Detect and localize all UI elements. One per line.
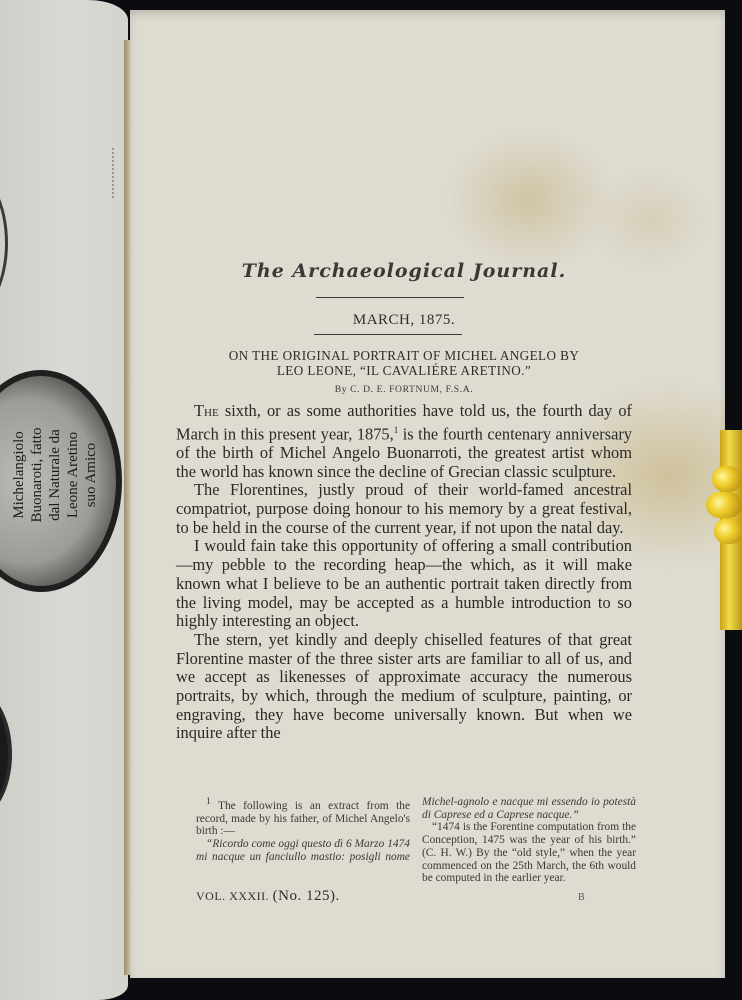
inscription-line: Leone Aretino [64, 385, 82, 565]
paragraph-lead: The [194, 401, 219, 420]
clasp-knob-icon [712, 466, 742, 492]
inscription-line: Michelangiolo [10, 385, 28, 565]
paragraph: The stern, yet kindly and deeply chisell… [176, 631, 632, 743]
paragraph: I would fain take this opportunity of of… [176, 537, 632, 631]
medallion-inscription: Michelangiolo Buonaroti, fatto dal Natur… [10, 385, 105, 565]
journal-title: The Archaeological Journal. [176, 260, 632, 282]
paragraph: The sixth, or as some authorities have t… [176, 402, 632, 481]
byline: By C. D. E. FORTNUM, F.S.A. [176, 384, 632, 395]
inscription-line: Buonaroti, fatto [28, 385, 46, 565]
article-body: The sixth, or as some authorities have t… [176, 402, 632, 743]
date-rule [314, 334, 462, 335]
footnote-intro-text: The following is an extract from the rec… [196, 800, 410, 837]
issue-date: MARCH, 1875. [176, 312, 632, 329]
article-title-line: ON THE ORIGINAL PORTRAIT OF MICHEL ANGEL… [176, 348, 632, 363]
footnotes: 1 The following is an extract from the r… [196, 796, 636, 885]
clasp-knob-icon [714, 518, 742, 544]
article-title: ON THE ORIGINAL PORTRAIT OF MICHEL ANGEL… [176, 348, 632, 378]
inscription-line: suo Amico [82, 385, 100, 565]
footnote-intro: 1 The following is an extract from the r… [196, 796, 410, 838]
volume-signature: VOL. XXXII. (No. 125). [196, 888, 340, 905]
sheet-signature-letter: B [578, 892, 585, 903]
inscription-line: dal Naturale da [46, 385, 64, 565]
article-title-line: LEO LEONE, “IL CAVALIÉRE ARETINO.” [176, 363, 632, 378]
paragraph: The Florentines, justly proud of their w… [176, 481, 632, 537]
brass-clasp [720, 430, 742, 630]
title-rule [316, 297, 464, 298]
spine-caption-marks [112, 148, 118, 198]
footnote-note: “1474 is the Forentine computation from … [422, 821, 636, 885]
issue-number: (No. 125). [273, 888, 340, 904]
volume-number: VOL. XXXII. [196, 889, 269, 903]
clasp-knob-icon [706, 492, 742, 518]
